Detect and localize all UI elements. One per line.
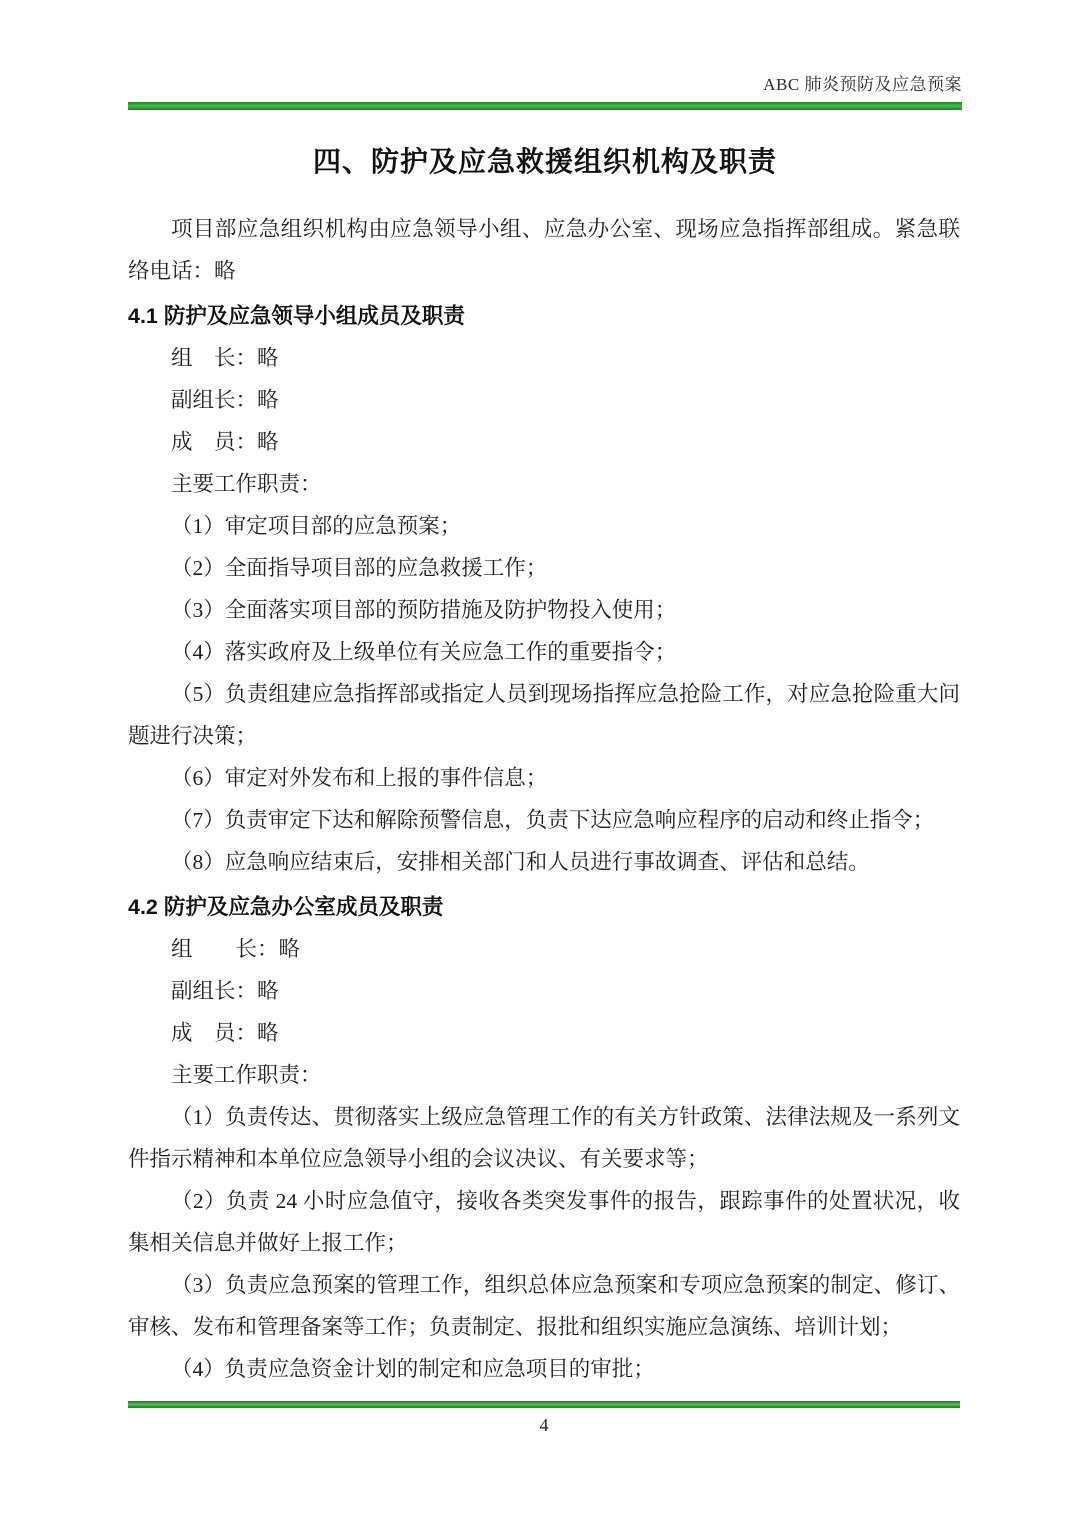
header-rule [128,102,962,110]
member-line-deputy: 副组长：略 [128,970,960,1012]
duty-item: （2）全面指导项目部的应急救援工作； [128,547,960,589]
duty-item: （3）全面落实项目部的预防措施及防护物投入使用； [128,589,960,631]
header-title: ABC 肺炎预防及应急预案 [128,74,962,96]
intro-paragraph: 项目部应急组织机构由应急领导小组、应急办公室、现场应急指挥部组成。紧急联络电话：… [128,208,960,292]
member-line-leader: 组 长：略 [128,928,960,970]
member-line-members: 成 员：略 [128,1012,960,1054]
duty-item: （2）负责 24 小时应急值守，接收各类突发事件的报告，跟踪事件的处置状况，收集… [128,1180,960,1264]
document-title: 四、防护及应急救援组织机构及职责 [128,142,962,182]
page-footer: 4 [128,1401,960,1437]
duty-item: （7）负责审定下达和解除预警信息，负责下达应急响应程序的启动和终止指令； [128,799,960,841]
duty-item: （4）落实政府及上级单位有关应急工作的重要指令； [128,631,960,673]
member-line-deputy: 副组长：略 [128,379,960,421]
member-line-members: 成 员：略 [128,421,960,463]
section-heading-4-2: 4.2 防护及应急办公室成员及职责 [128,886,960,928]
page-number: 4 [128,1413,960,1437]
document-page: ABC 肺炎预防及应急预案 四、防护及应急救援组织机构及职责 项目部应急组织机构… [0,0,1080,1527]
duty-item: （8）应急响应结束后，安排相关部门和人员进行事故调查、评估和总结。 [128,841,960,883]
section-heading-4-1: 4.1 防护及应急领导小组成员及职责 [128,295,960,337]
duty-item: （4）负责应急资金计划的制定和应急项目的审批； [128,1348,960,1390]
footer-rule [128,1401,960,1408]
duty-item: （3）负责应急预案的管理工作，组织总体应急预案和专项应急预案的制定、修订、审核、… [128,1264,960,1348]
duties-label: 主要工作职责： [128,463,960,505]
page-header: ABC 肺炎预防及应急预案 [0,0,1080,110]
document-body: 项目部应急组织机构由应急领导小组、应急办公室、现场应急指挥部组成。紧急联络电话：… [128,208,960,1390]
duty-item: （1）负责传达、贯彻落实上级应急管理工作的有关方针政策、法律法规及一系列文件指示… [128,1096,960,1180]
duties-label: 主要工作职责： [128,1054,960,1096]
duty-item: （5）负责组建应急指挥部或指定人员到现场指挥应急抢险工作，对应急抢险重大问题进行… [128,673,960,757]
member-line-leader: 组 长：略 [128,337,960,379]
duty-item: （6）审定对外发布和上报的事件信息； [128,757,960,799]
duty-item: （1）审定项目部的应急预案； [128,505,960,547]
